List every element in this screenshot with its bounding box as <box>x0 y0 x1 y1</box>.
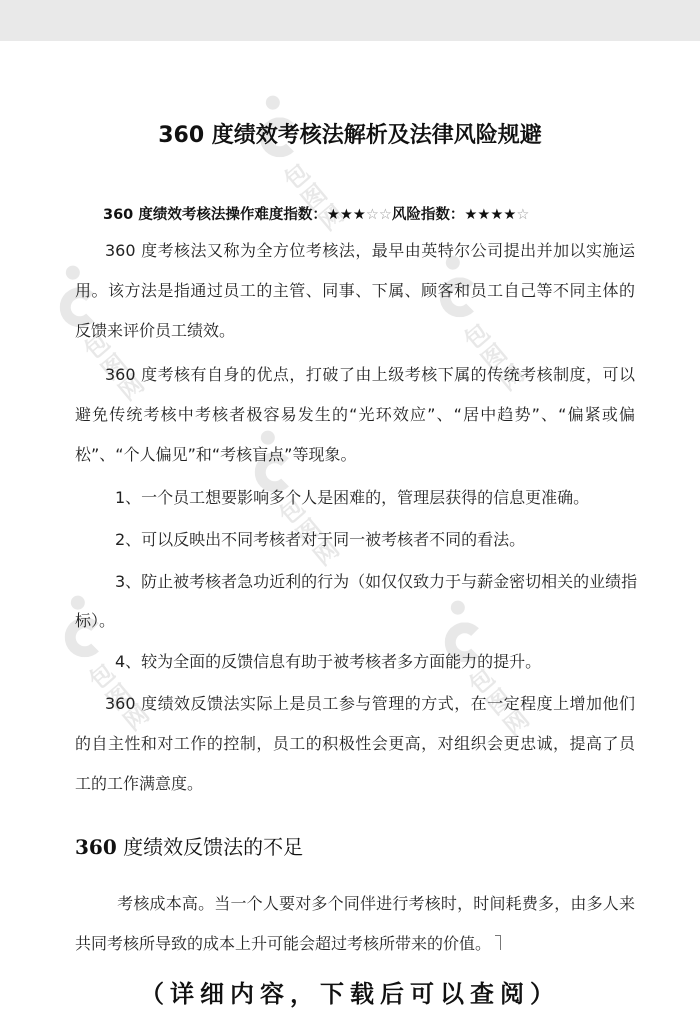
download-note: （详细内容，下载后可以查阅） <box>0 974 700 1009</box>
advantage-item-3: 3、防止被考核者急功近利的行为（如仅仅致力于与薪金密切相关的业绩指 <box>115 562 637 602</box>
advantage-item-4: 4、较为全面的反馈信息有助于被考核者多方面能力的提升。 <box>115 642 541 682</box>
difficulty-stars-filled: ★★★ <box>327 207 366 223</box>
document-title: 360 度绩效考核法解析及法律风险规避 <box>0 118 700 149</box>
viewer-top-bar <box>0 0 700 41</box>
section-heading-drawbacks: 360 度绩效反馈法的不足 <box>75 831 303 860</box>
advantage-item-2: 2、可以反映出不同考核者对于同一被考核者不同的看法。 <box>115 520 525 560</box>
advantage-item-1: 1、一个员工想要影响多个人是困难的，管理层获得的信息更准确。 <box>115 478 589 518</box>
paragraph-intro: 360 度考核法又称为全方位考核法，最早由英特尔公司提出并加以实施运用。该方法是… <box>75 231 635 351</box>
text-cursor-mark <box>495 935 501 950</box>
risk-stars-empty: ☆ <box>516 207 529 223</box>
advantage-item-3-continued: 标）。 <box>75 601 115 641</box>
risk-label: 风险指数： <box>392 207 465 223</box>
paragraph-summary: 360 度绩效反馈法实际上是员工参与管理的方式，在一定程度上增加他们的自主性和对… <box>75 684 635 804</box>
difficulty-label: 360 度绩效考核法操作难度指数： <box>103 207 327 223</box>
document-page: 包图网 包图网 包图网 包图网 包图网 包图网 360 度绩效考核法解析及法律风… <box>0 41 700 1030</box>
paragraph-drawbacks: 考核成本高。当一个人要对多个同伴进行考核时，时间耗费多，由多人来共同考核所导致的… <box>75 884 635 964</box>
paragraph-advantages-intro: 360 度考核有自身的优点，打破了由上级考核下属的传统考核制度，可以避免传统考核… <box>75 355 635 475</box>
rating-line: 360 度绩效考核法操作难度指数：★★★☆☆风险指数：★★★★☆ <box>103 203 529 224</box>
risk-stars-filled: ★★★★ <box>464 207 516 223</box>
difficulty-stars-empty: ☆☆ <box>366 207 392 223</box>
